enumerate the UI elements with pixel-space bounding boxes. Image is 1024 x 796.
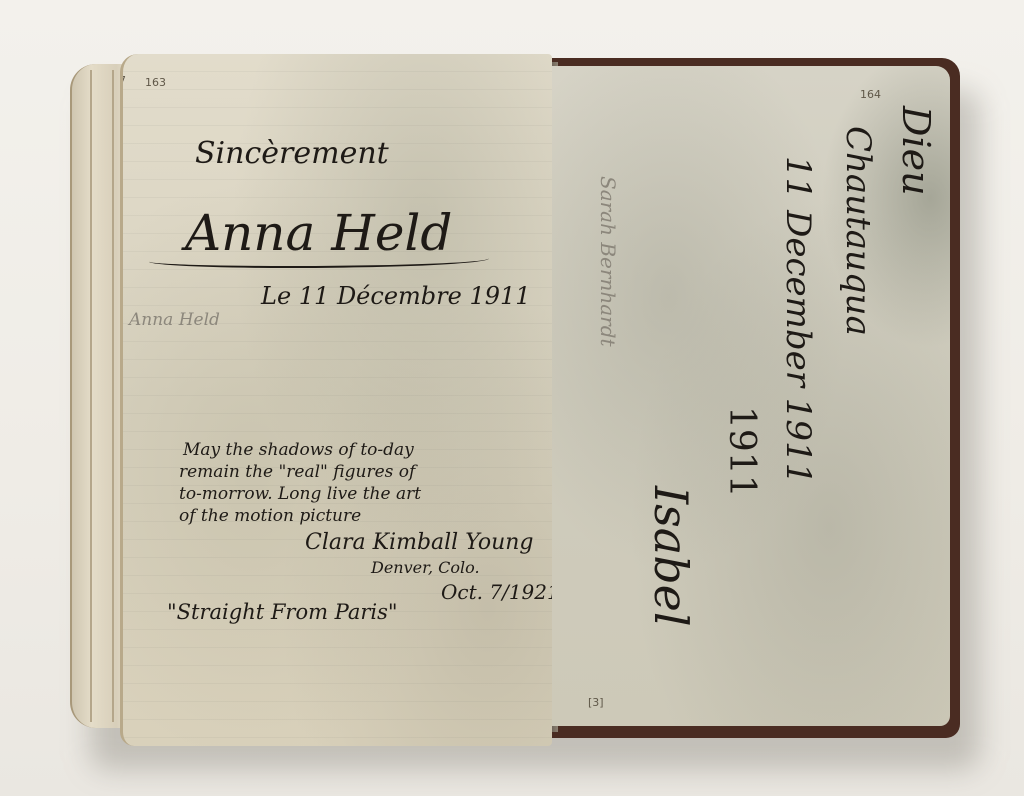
page-number: 164 <box>860 88 881 101</box>
vertical-signature-isabel: Isabel <box>644 486 698 627</box>
page-number: 157 <box>120 74 126 87</box>
quote-line-4: of the motion picture <box>179 506 361 526</box>
vertical-line-2: Chautauqua <box>838 126 878 336</box>
left-page: 157 163 Sincèrement Anna Held Le 11 Déce… <box>120 54 552 746</box>
quote-line-3: to-morrow. Long live the art <box>179 484 421 504</box>
date-anna-held: Le 11 Décembre 1911 <box>261 282 531 310</box>
vertical-line-3: 11 December 1911 <box>778 156 818 484</box>
vertical-line-1: Dieu <box>894 106 938 196</box>
quote-line-2: remain the "real" figures of <box>179 462 415 482</box>
signature-clara-kimball-young: Clara Kimball Young <box>305 530 534 555</box>
page-edge-line <box>112 70 114 722</box>
location-denver: Denver, Colo. <box>371 558 480 577</box>
photo-scene: 164 [3] Sarah Bernhardt Dieu Chautauqua … <box>0 0 1024 796</box>
pencil-note-sarah-bernhardt: Sarah Bernhardt <box>596 176 620 347</box>
salutation-sincerement: Sincèrement <box>195 136 389 171</box>
page-number: [3] <box>588 696 604 709</box>
right-page: 164 [3] Sarah Bernhardt Dieu Chautauqua … <box>548 66 950 726</box>
quote-line-1: May the shadows of to-day <box>183 440 414 460</box>
page-edge-line <box>90 70 92 722</box>
page-number: 163 <box>145 76 166 89</box>
pencil-note-anna-held: Anna Held <box>129 310 220 330</box>
vertical-year: 1911 <box>721 406 762 498</box>
caption-straight-from-paris: "Straight From Paris" <box>167 600 398 624</box>
date-clara-kimball-young: Oct. 7/1921 <box>441 580 552 604</box>
